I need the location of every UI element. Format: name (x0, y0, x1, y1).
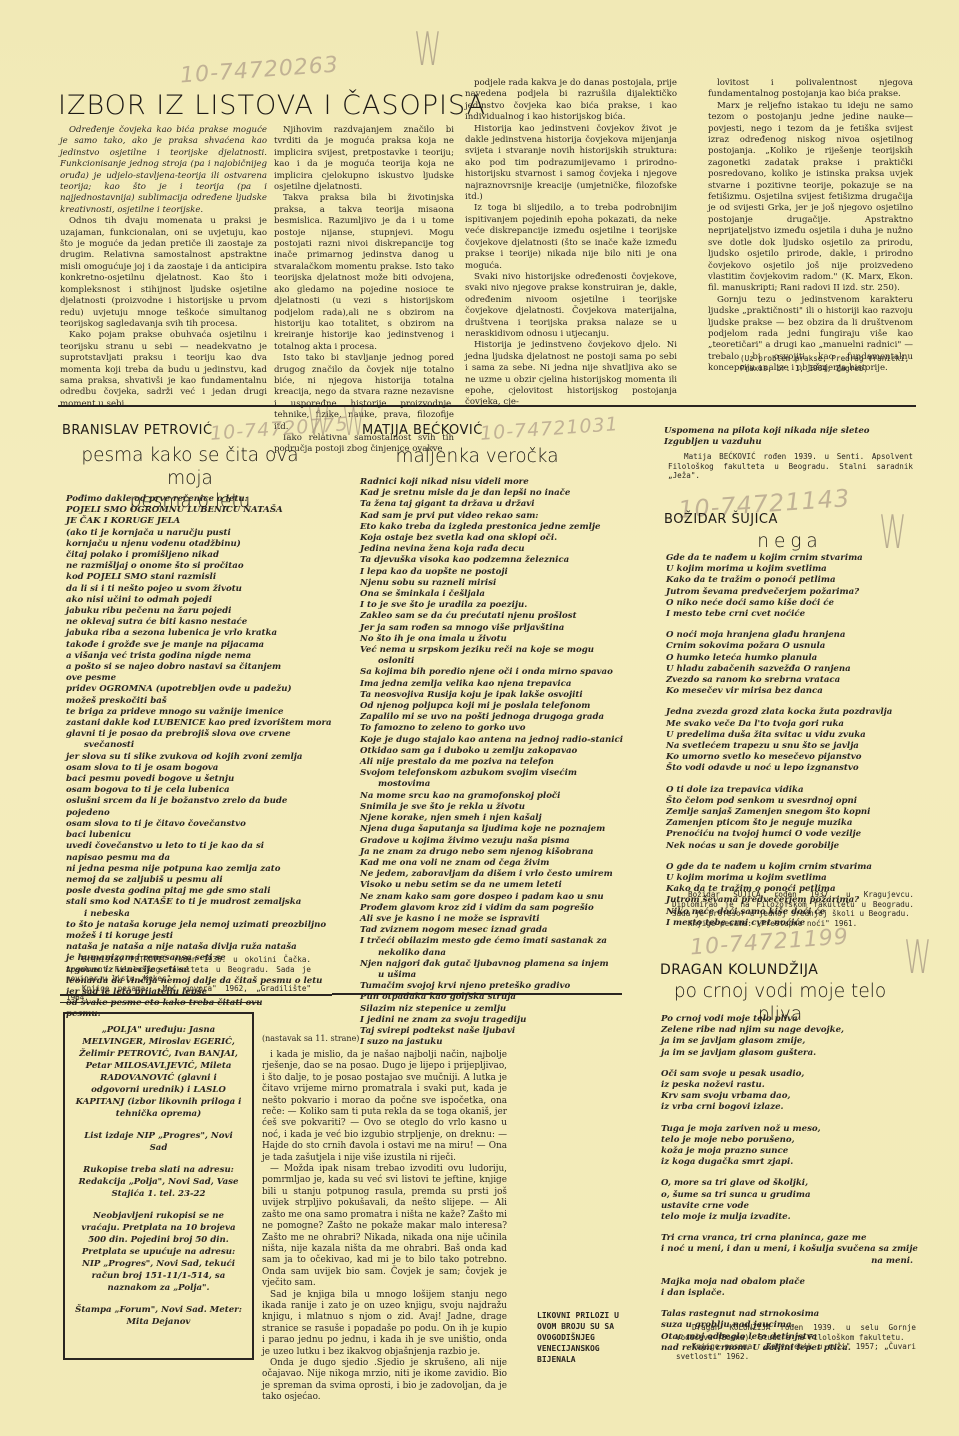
poem-line: nekoliko dana (360, 948, 615, 959)
poem-line: Gradove u kojima živimo vezuju naša pism… (360, 836, 615, 847)
author-sujica: BOŽIDAR ŠUJICA (664, 512, 778, 527)
poem-line: Silazim niz stepenice u zemlju (360, 1004, 615, 1015)
stanza-gap (661, 1267, 921, 1277)
poem-line: JE ČAK I KORUGE JELA (66, 516, 326, 527)
poem-line: Njenu sobu su razneli mirisi (360, 578, 615, 589)
bio-paragraph: Knjige pesama: „Zatvorenik u ruži" 1957;… (676, 1342, 916, 1361)
poem-line: Ona se šminkala i češljala (360, 589, 615, 600)
poem-line: ja im se javljam glasom zmije, (661, 1036, 921, 1047)
poem-line: baci lubenicu (66, 830, 326, 841)
poem-line: Kad sam je prvi put video rekao sam: (360, 511, 615, 522)
poem-line: Jedina nevina žena koja rađa decu (360, 544, 615, 555)
masthead-box: „POLJA" uređuju: Jasna MELVINGER, Mirosl… (63, 1012, 254, 1360)
poem-line: Što čelom pod senkom u svesrdnoj opni (666, 796, 916, 807)
art-contributions-note: LIKOVNI PRILOZI U OVOM BROJU SU SA OVOGO… (537, 1310, 637, 1365)
poem-line: Svojom telefonskom azbukom svojim viseći… (360, 768, 615, 779)
poem-line: Zvezdo sa ranom ko srebrna vrataca (666, 675, 916, 686)
poem-line: Uspomena na pilota koji nikada nije slet… (664, 426, 914, 437)
poem-line: stali smo kod NATAŠE to ti je mudrost ze… (66, 897, 326, 908)
poem-line: te briga za prideve mnogo su važnije ime… (66, 707, 326, 718)
divider (60, 994, 332, 996)
poem-line: Ali nije prestalo da me poziva na telefo… (360, 757, 615, 768)
poem-line: telo moje iz mulja izvadite. (661, 1212, 921, 1223)
poem-line: Zemlje sanjaš Zamenjen snegom što kopni (666, 807, 916, 818)
poem-line: u ušima (360, 970, 615, 981)
poem-line: Visoko u nebu setim se da ne umem leteti (360, 880, 615, 891)
poem-line: Već nema u srpskom jeziku reči na koje s… (360, 645, 615, 656)
poem-line: I suzo na jastuku (360, 1037, 615, 1048)
poem-line: Ko mesečev vir mirisa bez danca (666, 686, 916, 697)
poem-line: U predelima duša žita svitac u vidu zvuk… (666, 730, 916, 741)
stanza-gap (661, 1299, 921, 1309)
poem-line: Njen najgori đak gutač ljubavnog plamena… (360, 959, 615, 970)
poem-line: baci pesmu povedi bogove u šetnju (66, 774, 326, 785)
poem-line: Ne jedem, zaboravljam da dišem i vrlo če… (360, 869, 615, 880)
poem-line: Zakleo sam se da ću prećutati njenu proš… (360, 611, 615, 622)
bio-paragraph: Matija BEĆKOVIĆ rođen 1939. u Senti. Aps… (668, 452, 913, 481)
poem-line: U kojim morima u kojim svetlima (666, 564, 916, 575)
poem-line: Majka moja nad obalom plače (661, 1277, 921, 1288)
poem-line: O niko neće doći samo kiše doći će (666, 598, 916, 609)
poem-line: osloniti (360, 656, 615, 667)
paragraph: Svaki nivo historijske određenosti čovje… (465, 272, 677, 340)
poem-line: Kako da te tražim o ponoći petlima (666, 575, 916, 586)
poem-line: O, more sa tri glave od školjki, (661, 1178, 921, 1189)
poem-kolundzija: Po crnoj vodi moje telo plivaZelene ribe… (661, 1014, 921, 1354)
poem-beckovic: Radnici koji nikad nisu videli moreKad j… (360, 477, 615, 1048)
poem-line: No što ih je ona imala u životu (360, 634, 615, 645)
stanza-gap (661, 1114, 921, 1124)
poem-line: Njene korake, njen smeh i njen kašalj (360, 813, 615, 824)
poem-line: Od njenog poljupca koji mi je poslala te… (360, 701, 615, 712)
poem-line: POJELI SMO OGROMNU LUBENICU NATAŠA (66, 505, 326, 516)
story-continuation: i kada je mislio, da je našao najbolji n… (262, 1050, 507, 1404)
poem-line: a pošto si se najeo dobro nastavi sa čit… (66, 662, 326, 673)
poem-line: i noć u meni, i dan u meni, i košulja sv… (661, 1244, 921, 1255)
poem-line: Zapalilo mi se uvo na pošti jednoga drug… (360, 712, 615, 723)
poem-line: da li si i ti nešto pojeo u svom životu (66, 584, 326, 595)
essay-column-4: lovitost i polivalentnost njegova fundam… (708, 78, 913, 375)
poem-line: Oči sam svoje u pesak usadio, (661, 1069, 921, 1080)
poem-line: jabuka riba a sezona lubenica je vrlo kr… (66, 628, 326, 639)
poem-line: pojedeno (66, 808, 326, 819)
poem-line: O gde da te nađem u kojim crnim stvarima (666, 862, 916, 873)
paragraph: lovitost i polivalentnost njegova fundam… (708, 78, 913, 101)
poem-line: ja im se javljam glasom guštera. (661, 1048, 921, 1059)
poem-line: uvedi čovečanstvo u leto to ti je kao da… (66, 841, 326, 852)
paragraph: Odnos tih dvaju momenata u praksi je uza… (60, 216, 267, 330)
poem-line: posle dvesta godina pitaj me gde smo sta… (66, 886, 326, 897)
poem-line: I to je sve što je uradila za poeziju. (360, 600, 615, 611)
stanza-gap (666, 775, 916, 785)
poem-line: Prenoćiću na tvojoj humci O vode vezilje (666, 829, 916, 840)
stanza-gap (661, 1168, 921, 1178)
page-title: IZBOR IZ LISTOVA I ČASOPISA (58, 90, 486, 121)
poem-line: Gde da te nađem u kojim crnim stvarima (666, 553, 916, 564)
poem-line: Crnim sokovima požara O usnula (666, 641, 916, 652)
bio-paragraph: Branislav PETROVIĆ rođen 1936. u okolini… (66, 955, 311, 984)
bio-kolundzija: Dragan KOLUNŽIJA rođen 1939. u selu Gorn… (676, 1323, 916, 1361)
reviewer-initial: W (414, 22, 441, 76)
poem-line: Izgubljen u vazduhu (664, 437, 914, 448)
poem-line: ne razmišljaj o onome što si pročitao (66, 561, 326, 572)
poem-line: Tri crna vranca, tri crna planinca, gaze… (661, 1233, 921, 1244)
stanza-gap (666, 697, 916, 707)
poem-line: Tad zviznem nogom mesec iznad grada (360, 925, 615, 936)
stanza-gap (661, 1059, 921, 1069)
poem-line: svečanosti (66, 740, 326, 751)
poem-line: ne oklevaj sutra će biti kasno nestaće (66, 617, 326, 628)
reviewer-initial: W (904, 930, 931, 984)
poem-line: Na mome srcu kao na gramofonskoj ploči (360, 791, 615, 802)
bio-paragraph: Knjige pesama: „Prestupne noći" 1961. (672, 919, 914, 929)
bio-paragraph: Božidar ŠUJICA rođen 1937. u Kragujevcu.… (672, 890, 914, 919)
poem-line: I jedini ne znam za svoju tragediju (360, 1015, 615, 1026)
poem-line: napisao pesmu ma da (66, 853, 326, 864)
paragraph: Historija kao jedinstveni čovjekov život… (465, 124, 677, 204)
stanza-gap (661, 1223, 921, 1233)
paragraph: — Možda ipak nisam trebao izvoditi ovu l… (262, 1164, 507, 1289)
poem-line: na meni. (661, 1256, 921, 1267)
stanza-gap (666, 620, 916, 630)
poem-line: Sa kojima bih poredio njene oči i onda m… (360, 667, 615, 678)
poem-line: Kad je sretnu misle da je dan lepši no i… (360, 488, 615, 499)
poem-line: a višanja već trista godina nigde nema (66, 651, 326, 662)
poem-line: takođe i grožđe sve je manje na pijacama (66, 640, 326, 651)
author-petrovic: BRANISLAV PETROVIĆ (62, 423, 213, 438)
poem-line: iz peska noževi rastu. (661, 1080, 921, 1091)
poem-line: Koje je dugo stajalo kao antena na jedno… (360, 735, 615, 746)
poem-line: Ta djevuška visoka kao podzemna železnic… (360, 555, 615, 566)
poem-line: Tuga je moja zariven nož u meso, (661, 1124, 921, 1135)
author-kolundzija: DRAGAN KOLUNDŽIJA (660, 962, 818, 978)
poem-line: Krv sam svoju vrbama dao, (661, 1091, 921, 1102)
essay-source: (Uz problem prakse, Predrag Vranicki, Pr… (740, 354, 915, 374)
poem-line: Koja ostaje bez svetla kad ona sklopi oč… (360, 533, 615, 544)
poem-sujica: Gde da te nađem u kojim crnim stvarimaU … (666, 553, 916, 929)
poem-line: Radnici koji nikad nisu videli more (360, 477, 615, 488)
poem-line: O noći moja hranjena glađu hranjena (666, 630, 916, 641)
poem-petrovic: Pođimo dakle od prve rečenice o letu:POJ… (66, 494, 326, 1021)
poem-line: jer slova su ti slike zvukova od kojih z… (66, 752, 326, 763)
poem-line: Jutrom ševama predvečerjem požarima? (666, 587, 916, 598)
poem-line: ove pesme (66, 673, 326, 684)
poem-line: ako nisi učini to odmah pojedi (66, 595, 326, 606)
masthead-text: „POLJA" uređuju: Jasna MELVINGER, Mirosl… (65, 1014, 252, 1348)
poem-line: U kojim morima u kojim svetlima (666, 873, 916, 884)
paragraph: podjele rada kakva je do danas postojala… (465, 78, 677, 124)
poem-line: Jedna zvezda grozd zlata kocka žuta pozd… (666, 707, 916, 718)
poem-line: I lepa kao da uopšte ne postoji (360, 567, 615, 578)
poem-line: Jer ja sam rođen sa mnogo više prljavšti… (360, 623, 615, 634)
poem-line: Ne znam kako sam gore dospeo i padam kao… (360, 892, 615, 903)
poem-line: Ta neosvojiva Rusija koju je ipak lakše … (360, 690, 615, 701)
poem-line: i dan isplače. (661, 1288, 921, 1299)
poem-line: Njena duga šaputanja sa ljudima koje ne … (360, 824, 615, 835)
poem-line: Zelene ribe nad njim su nage devojke, (661, 1025, 921, 1036)
poem-line: ni jedna pesma nije potpuna kao zemlja z… (66, 864, 326, 875)
poem-line: to što je nataša koruge jela nemoj uzima… (66, 920, 326, 931)
poem-title-line: pesma kako se čita ova moja (60, 444, 320, 490)
bio-paragraph: Dragan KOLUNŽIJA rođen 1939. u selu Gorn… (676, 1323, 916, 1342)
poem-title-beckovic: maljenka veročka (362, 445, 592, 468)
author-beckovic: MATIJA BEĆKOVIĆ (362, 423, 483, 438)
poem-line: telo je moje nebo porušeno, (661, 1135, 921, 1146)
paragraph: Određenje čovjeka kao bića prakse moguće… (60, 125, 267, 216)
poem-line: nemoj da se zaljubiš u pesmu ali (66, 875, 326, 886)
masthead-paragraph: Rukopise treba slati na adresu: Redakcij… (75, 1164, 242, 1200)
poem-line: iz vrba crni bogovi izlaze. (661, 1102, 921, 1113)
poem-line: Taj svirepi podtekst naše ljubavi (360, 1026, 615, 1037)
poem-line: Ko umorno svetlo ko mesečevo pijanstvo (666, 752, 916, 763)
paragraph: Takva praksa bila bi životinjska praksa,… (274, 193, 454, 353)
archive-stamp: 10-74720263 (179, 52, 339, 88)
masthead-paragraph: Neobjavljeni rukopisi se ne vraćaju. Pre… (75, 1210, 242, 1294)
poem-line: Ali sve je kasno i ne može se ispraviti (360, 914, 615, 925)
poem-line: Talas rastegnut nad strnokosima (661, 1309, 921, 1320)
paragraph: Iz toga bi slijedilo, a to treba podrobn… (465, 203, 677, 271)
reviewer-initial: W (343, 400, 366, 444)
poem-title-sujica: nega (720, 530, 860, 553)
stanza-gap (666, 852, 916, 862)
masthead-paragraph: List izdaje NIP „Progres", Novi Sad (75, 1130, 242, 1154)
divider (332, 993, 622, 995)
poem-line: I mesto tebe crni cvet noćiće (666, 609, 916, 620)
poem-line: Otkidao sam ga i duboko u zemlju zakopav… (360, 746, 615, 757)
poem-line: O humko leteća humko planula (666, 653, 916, 664)
poem-line: ustavite crne vode (661, 1201, 921, 1212)
essay-column-1: Određenje čovjeka kao bića prakse moguće… (60, 125, 267, 410)
paragraph: Sad je knjiga bila u mnogo lošijem stanj… (262, 1290, 507, 1358)
poem-line: o, šume sa tri sunca u grudima (661, 1190, 921, 1201)
poem-line: osam bogova to ti je cela lubenica (66, 785, 326, 796)
paragraph: Marx je reljefno istakao tu ideju ne sam… (708, 101, 913, 295)
poem-line: Me svako veče Da l'to tvoja gori ruka (666, 719, 916, 730)
archive-stamp: 10-74721031 (479, 413, 619, 445)
paragraph: Onda je dugo sjedio .Sjedio je skrušeno,… (262, 1358, 507, 1404)
poem-line: nataša je nataša a nije nataša divlja ru… (66, 942, 326, 953)
newspaper-page: 10-74720263 W IZBOR IZ LISTOVA I ČASOPIS… (0, 0, 959, 1436)
paragraph: Kako pojam prakse obuhvaća osjetilnu i t… (60, 330, 267, 410)
poem-line: Ja ne znam za drugo nebo sem njenog kišo… (360, 847, 615, 858)
poem-line: Po crnoj vodi moje telo pliva (661, 1014, 921, 1025)
essay-column-3: podjele rada kakva je do danas postojala… (465, 78, 677, 409)
paragraph: Historija je jedinstveno čovjekovo djelo… (465, 340, 677, 408)
divider (60, 1002, 260, 1003)
bio-sujica: Božidar ŠUJICA rođen 1937. u Kragujevcu.… (672, 890, 914, 928)
bio-beckovic: Matija BEĆKOVIĆ rođen 1939. u Senti. Aps… (668, 452, 913, 481)
poem-line: Tumačim svojoj krvi njeno preteško gradi… (360, 981, 615, 992)
poem-line: iz koga dugačka smrt zjapi. (661, 1157, 921, 1168)
poem-line: Nek noćas u san je dovede gorobilje (666, 841, 916, 852)
poem-line: kornjaču u njenu vodenu otadžbinu) (66, 539, 326, 550)
poem-line: (ako ti je kornjača u naručju pusti (66, 528, 326, 539)
reviewer-initial: W (879, 505, 906, 559)
poem-line: O ti dole iza trepavica vidika (666, 785, 916, 796)
poem-line: Na svetlećem trapezu u snu što se javlja (666, 741, 916, 752)
section-divider (58, 405, 916, 407)
reviewer-initial: W (308, 400, 331, 444)
poem-line: koža je moja prazno sunce (661, 1146, 921, 1157)
poem-line: Ima jedna zemlja velika kao njena trepav… (360, 679, 615, 690)
poem-line: možeš preskočiti baš (66, 696, 326, 707)
poem-line: osam slova to ti je čitavo čovečanstvo (66, 819, 326, 830)
poem-beckovic-continued: Uspomena na pilota koji nikada nije slet… (664, 426, 914, 448)
poem-line: Snimila je sve što je rekla u životu (360, 802, 615, 813)
poem-line: Ta žena taj gigant ta država u državi (360, 499, 615, 510)
poem-line: oslušni srcem da li je božanstvo zrelo d… (66, 796, 326, 807)
continued-note: (nastavak sa 11. strane) (262, 1034, 359, 1043)
poem-line: čitaj polako i promišljeno nikad (66, 550, 326, 561)
poem-line: kod POJELI SMO stani razmisli (66, 572, 326, 583)
poem-line: I trčeći obilazim mesto gde ćemo imati s… (360, 936, 615, 947)
poem-line: Zamenjen pticom što je neguje muzika (666, 818, 916, 829)
poem-line: pridev OGROMNA (upotrebljen ovde u padež… (66, 684, 326, 695)
masthead-paragraph: Štampa „Forum", Novi Sad. Meter: Mita De… (75, 1304, 242, 1328)
poem-line: glavni ti je posao da prebrojiš slova ov… (66, 729, 326, 740)
masthead-paragraph: „POLJA" uređuju: Jasna MELVINGER, Mirosl… (75, 1024, 242, 1120)
archive-stamp: 10-74721199 (689, 924, 849, 960)
poem-line: To famozno to zeleno to gorko uvo (360, 723, 615, 734)
poem-line: zastani dakle kod LUBENICE kao pred izvo… (66, 718, 326, 729)
poem-line: U hladu zabačenih sazvežđa O ranjena (666, 664, 916, 675)
poem-line: Eto kako treba da izgleda prestonica jed… (360, 522, 615, 533)
poem-line: jabuku ribu pečenu na žaru pojedi (66, 606, 326, 617)
poem-line: Kad me ona voli ne znam od čega živim (360, 858, 615, 869)
poem-line: Pođimo dakle od prve rečenice o letu: (66, 494, 326, 505)
poem-line: možeš i ti koruge jesti (66, 931, 326, 942)
poem-line: i nebeska (66, 909, 326, 920)
poem-line: osam slova to ti je osam bogova (66, 763, 326, 774)
poem-line: Što vodi odavde u noć u lepo izgnanstvo (666, 763, 916, 774)
paragraph: Njihovim razdvajanjem značilo bi tvrditi… (274, 125, 454, 193)
paragraph: i kada je mislio, da je našao najbolji n… (262, 1050, 507, 1164)
poem-line: Prođem glavom kroz zid i vidim da sam po… (360, 903, 615, 914)
poem-line: mostovima (360, 779, 615, 790)
